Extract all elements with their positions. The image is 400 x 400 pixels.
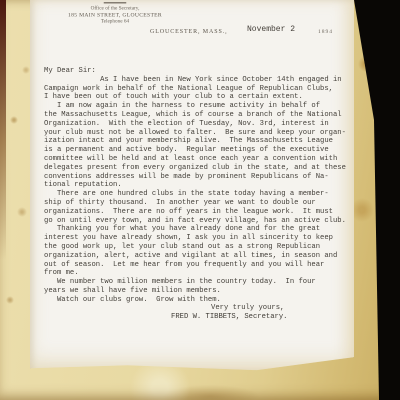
letterhead-phone-line: Telephone 64 [55,18,175,24]
dateline-year: 1894 [318,29,333,35]
dateline-place: GLOUCESTER, MASS., [150,29,228,35]
dateline-date: November 2 [247,25,295,34]
letterhead-address-line: 185 MAIN STREET, GLOUCESTER [55,11,175,18]
album-spine-edge [0,0,6,260]
letter-closing: Very truly yours, [211,304,284,312]
letter-sheet: Office of the Secretary, 185 MAIN STREET… [30,0,354,372]
letterhead-rule [104,2,127,4]
letter-body: My Dear Sir: As I have been in New York … [44,67,346,305]
letterhead: Office of the Secretary, 185 MAIN STREET… [55,2,175,24]
photo-of-letter: Office of the Secretary, 185 MAIN STREET… [0,0,400,400]
letter-signature: FRED W. TIBBETS, Secretary. [171,313,287,321]
